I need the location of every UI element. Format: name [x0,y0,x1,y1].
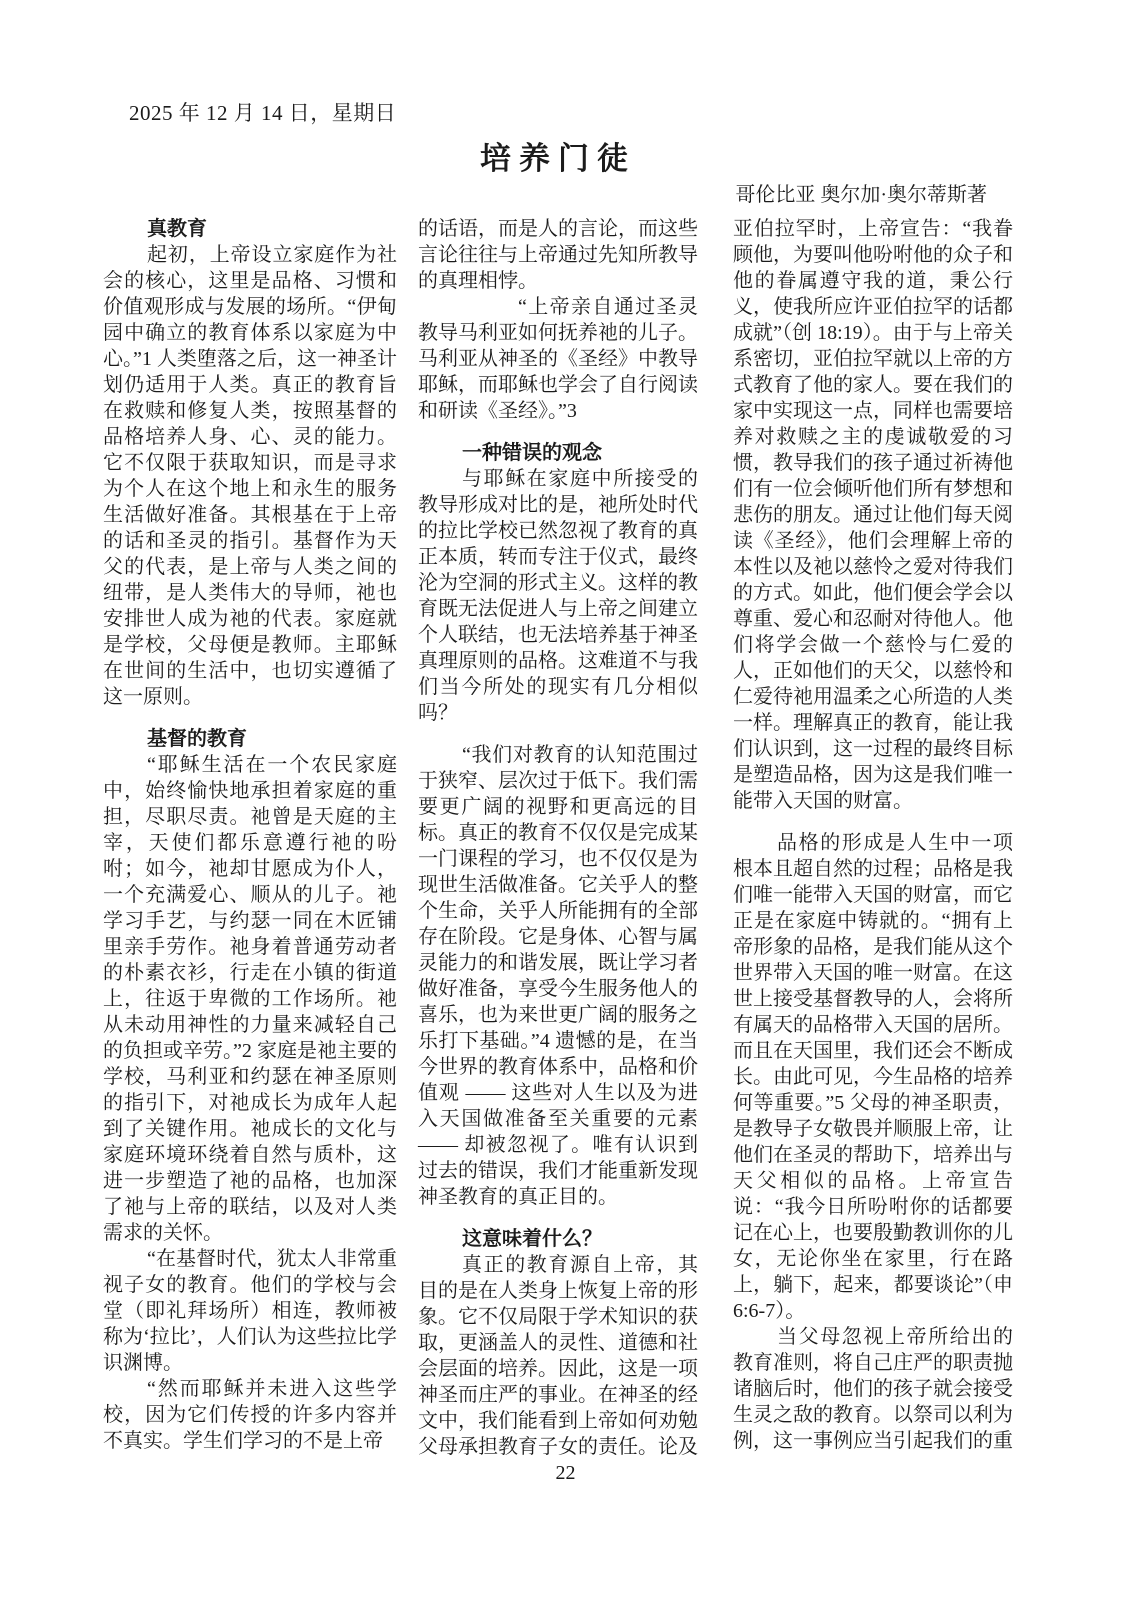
paragraph-gap [733,814,1013,830]
paragraph: “上帝亲自通过圣灵教导马利亚如何抚养祂的儿子。马利亚从神圣的《圣经》中教导耶稣，… [418,294,698,424]
date-line: 2025 年 12 月 14 日，星期日 [103,100,1013,126]
article-columns: 真教育起初，上帝设立家庭作为社会的核心，这里是品格、习惯和价值观形成与发展的场所… [103,216,1013,1460]
paragraph: “然而耶稣并未进入这些学校，因为它们传授的许多内容并不真实。学生们学习的不是上帝 [103,1376,397,1454]
paragraph-gap [418,726,698,742]
paragraph: 起初，上帝设立家庭作为社会的核心，这里是品格、习惯和价值观形成与发展的场所。“伊… [103,242,397,710]
text-column-1: 真教育起初，上帝设立家庭作为社会的核心，这里是品格、习惯和价值观形成与发展的场所… [103,216,397,1460]
byline: 哥伦比亚 奥尔加·奥尔蒂斯著 [103,182,1013,208]
section-heading: 真教育 [103,216,397,242]
paragraph: “我们对教育的认知范围过于狭窄、层次过于低下。我们需要更广阔的视野和更高远的目标… [418,742,698,1210]
article-title: 培养门徒 [103,140,1013,178]
text-column-2: 的话语，而是人的言论，而这些言论往往与上帝通过先知所教导的真理相悖。“上帝亲自通… [418,216,698,1460]
paragraph: “在基督时代，犹太人非常重视子女的教育。他们的学校与会堂（即礼拜场所）相连，教师… [103,1246,397,1376]
section-heading: 这意味着什么？ [418,1226,698,1252]
document-page: 2025 年 12 月 14 日，星期日 培养门徒 哥伦比亚 奥尔加·奥尔蒂斯著… [0,0,1131,1600]
paragraph: 与耶稣在家庭中所接受的教导形成对比的是，祂所处时代的拉比学校已然忽视了教育的真正… [418,466,698,726]
text-column-3: 亚伯拉罕时，上帝宣告：“我眷顾他，为要叫他吩咐他的众子和他的眷属遵守我的道，秉公… [733,216,1013,1460]
paragraph: 当父母忽视上帝所给出的教育准则，将自己庄严的职责抛诸脑后时，他们的孩子就会接受生… [733,1324,1013,1454]
section-heading: 基督的教育 [103,726,397,752]
paragraph: 的话语，而是人的言论，而这些言论往往与上帝通过先知所教导的真理相悖。 [418,216,698,294]
page-number: 22 [0,1460,1131,1486]
paragraph-gap [418,1210,698,1226]
section-heading: 一种错误的观念 [418,440,698,466]
paragraph: 真正的教育源自上帝，其目的是在人类身上恢复上帝的形象。它不仅局限于学术知识的获取… [418,1252,698,1460]
paragraph-gap [418,424,698,440]
paragraph: 亚伯拉罕时，上帝宣告：“我眷顾他，为要叫他吩咐他的众子和他的眷属遵守我的道，秉公… [733,216,1013,814]
paragraph: 品格的形成是人生中一项根本且超自然的过程；品格是我们唯一能带入天国的财富，而它正… [733,830,1013,1324]
paragraph: “耶稣生活在一个农民家庭中，始终愉快地承担着家庭的重担，尽职尽责。祂曾是天庭的主… [103,752,397,1246]
paragraph-gap [103,710,397,726]
